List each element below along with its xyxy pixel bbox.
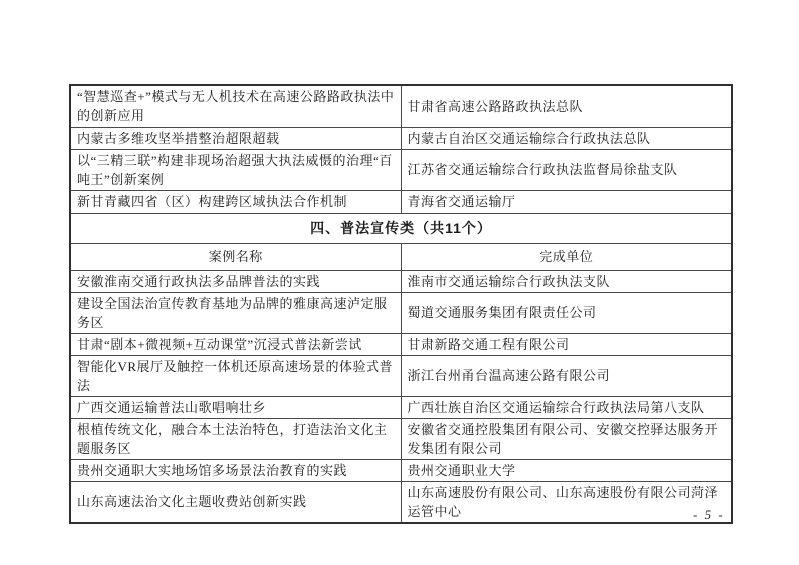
page-number: - 5 - [693,507,725,523]
unit-cell: 甘肃省高速公路路政执法总队 [401,85,732,127]
case-cell: 甘肃“剧本+微视频+互动课堂”沉浸式普法新尝试 [70,333,401,355]
table-row: “智慧巡查+”模式与无人机技术在高速公路路政执法中的创新应用 甘肃省高速公路路政… [70,85,732,127]
unit-cell: 蜀道交通服务集团有限责任公司 [401,292,732,333]
document-page: “智慧巡查+”模式与无人机技术在高速公路路政执法中的创新应用 甘肃省高速公路路政… [0,0,799,565]
unit-cell: 江苏省交通运输综合行政执法监督局徐盐支队 [401,149,732,190]
unit-cell: 甘肃新路交通工程有限公司 [401,333,732,355]
table-row: 智能化VR展厅及触控一体机还原高速场景的体验式普法 浙江台州甬台温高速公路有限公… [70,355,732,396]
unit-cell: 青海省交通运输厅 [401,190,732,213]
table-header-row: 案例名称 完成单位 [70,243,732,270]
table-row: 以“三精三联”构建非现场治超强大执法威慑的治理“百吨王”创新案例 江苏省交通运输… [70,149,732,190]
unit-cell: 山东高速股份有限公司、山东高速股份有限公司菏泽运管中心 [401,481,732,523]
table-row: 广西交通运输普法山歌唱响壮乡 广西壮族自治区交通运输综合行政执法局第八支队 [70,396,732,418]
table-row: 建设全国法治宣传教育基地为品牌的雅康高速泸定服务区 蜀道交通服务集团有限责任公司 [70,292,732,333]
table-row: 山东高速法治文化主题收费站创新实践 山东高速股份有限公司、山东高速股份有限公司菏… [70,481,732,523]
table-row: 贵州交通职大实地场馆多场景法治教育的实践 贵州交通职业大学 [70,459,732,481]
unit-cell: 安徽省交通控股集团有限公司、安徽交控驿达服务开发集团有限公司 [401,418,732,459]
case-cell: 山东高速法治文化主题收费站创新实践 [70,481,401,523]
case-cell: 新甘青藏四省（区）构建跨区域执法合作机制 [70,190,401,213]
case-cell: 贵州交通职大实地场馆多场景法治教育的实践 [70,459,401,481]
case-cell: 智能化VR展厅及触控一体机还原高速场景的体验式普法 [70,355,401,396]
table-row: 内蒙古多维攻坚举措整治超限超载 内蒙古自治区交通运输综合行政执法总队 [70,127,732,149]
section-header: 四、普法宣传类（共11个） [70,213,732,243]
case-cell: 建设全国法治宣传教育基地为品牌的雅康高速泸定服务区 [70,292,401,333]
table-row: 根植传统文化，融合本土法治特色，打造法治文化主题服务区 安徽省交通控股集团有限公… [70,418,732,459]
table-section-row: 四、普法宣传类（共11个） [70,213,732,243]
unit-cell: 淮南市交通运输综合行政执法支队 [401,270,732,292]
case-cell: “智慧巡查+”模式与无人机技术在高速公路路政执法中的创新应用 [70,85,401,127]
case-cell: 广西交通运输普法山歌唱响壮乡 [70,396,401,418]
table-row: 甘肃“剧本+微视频+互动课堂”沉浸式普法新尝试 甘肃新路交通工程有限公司 [70,333,732,355]
unit-cell: 贵州交通职业大学 [401,459,732,481]
unit-cell: 广西壮族自治区交通运输综合行政执法局第八支队 [401,396,732,418]
unit-cell: 内蒙古自治区交通运输综合行政执法总队 [401,127,732,149]
column-header-case: 案例名称 [70,243,401,270]
cases-table: “智慧巡查+”模式与无人机技术在高速公路路政执法中的创新应用 甘肃省高速公路路政… [69,84,733,524]
case-cell: 安徽淮南交通行政执法多品牌普法的实践 [70,270,401,292]
unit-cell: 浙江台州甬台温高速公路有限公司 [401,355,732,396]
column-header-unit: 完成单位 [401,243,732,270]
table-row: 安徽淮南交通行政执法多品牌普法的实践 淮南市交通运输综合行政执法支队 [70,270,732,292]
case-cell: 根植传统文化，融合本土法治特色，打造法治文化主题服务区 [70,418,401,459]
case-cell: 以“三精三联”构建非现场治超强大执法威慑的治理“百吨王”创新案例 [70,149,401,190]
case-cell: 内蒙古多维攻坚举措整治超限超载 [70,127,401,149]
table-row: 新甘青藏四省（区）构建跨区域执法合作机制 青海省交通运输厅 [70,190,732,213]
